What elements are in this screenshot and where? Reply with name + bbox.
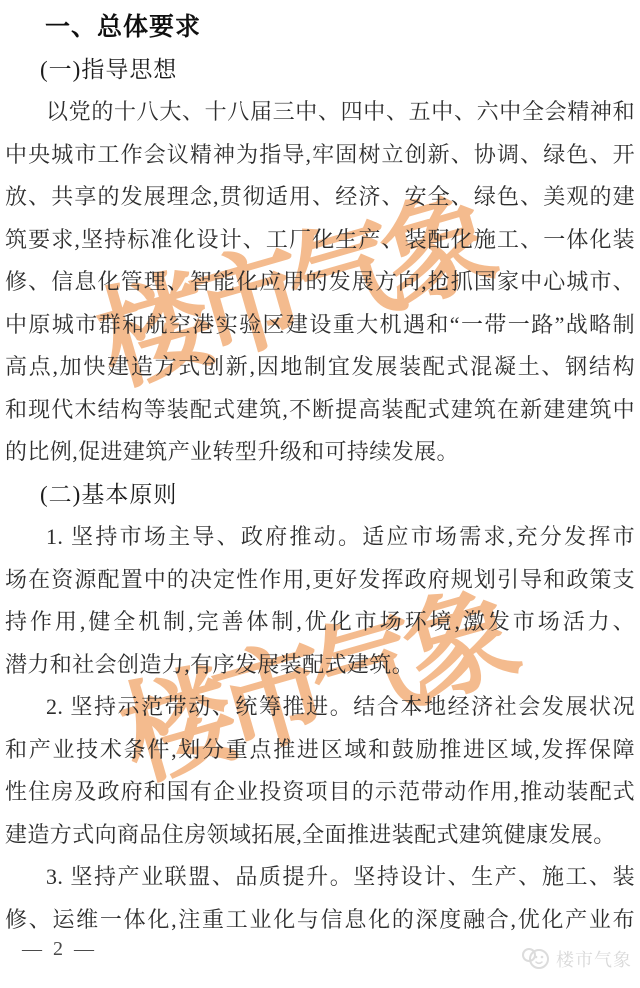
footer-brand: 楼市气象 bbox=[520, 946, 632, 972]
cloud-face-icon bbox=[520, 946, 552, 972]
paragraph-line: 1. 坚持市场主导、政府推动。适应市场需求,充分发挥市 bbox=[0, 516, 640, 559]
paragraph-line: 潜力和社会创造力,有序发展装配式建筑。 bbox=[0, 644, 640, 687]
paragraph-line: 以党的十八大、十八届三中、四中、五中、六中全会精神和 bbox=[0, 91, 640, 134]
document-content: 一、总体要求 (一)指导思想 以党的十八大、十八届三中、四中、五中、六中全会精神… bbox=[0, 0, 640, 941]
paragraph-line: 高点,加快建造方式创新,因地制宜发展装配式混凝土、钢结构 bbox=[0, 346, 640, 389]
document-page: 楼市气象 楼市气象 一、总体要求 (一)指导思想 以党的十八大、十八届三中、四中… bbox=[0, 0, 640, 988]
paragraph-line: 场在资源配置中的决定性作用,更好发挥政府规划引导和政策支 bbox=[0, 559, 640, 602]
subsection-heading-1: (一)指导思想 bbox=[0, 49, 640, 92]
paragraph-line: 中原城市群和航空港实验区建设重大机遇和“一带一路”战略制 bbox=[0, 304, 640, 347]
subsection-heading-2: (二)基本原则 bbox=[0, 474, 640, 517]
paragraph-line: 2. 坚持示范带动、统筹推进。结合本地经济社会发展状况 bbox=[0, 686, 640, 729]
section-heading: 一、总体要求 bbox=[0, 6, 640, 49]
paragraph-line: 建造方式向商品住房领域拓展,全面推进装配式建筑健康发展。 bbox=[0, 814, 640, 857]
footer-brand-text: 楼市气象 bbox=[556, 946, 632, 972]
paragraph-line: 3. 坚持产业联盟、品质提升。坚持设计、生产、施工、装 bbox=[0, 856, 640, 899]
paragraph-line: 筑要求,坚持标准化设计、工厂化生产、装配化施工、一体化装 bbox=[0, 219, 640, 262]
paragraph-line: 修、运维一体化,注重工业化与信息化的深度融合,优化产业布 bbox=[0, 899, 640, 942]
paragraph-line: 性住房及政府和国有企业投资项目的示范带动作用,推动装配式 bbox=[0, 771, 640, 814]
paragraph-line: 和产业技术条件,划分重点推进区域和鼓励推进区域,发挥保障 bbox=[0, 729, 640, 772]
paragraph-line: 持作用,健全机制,完善体制,优化市场环境,激发市场活力、 bbox=[0, 601, 640, 644]
paragraph-line: 放、共享的发展理念,贯彻适用、经济、安全、绿色、美观的建 bbox=[0, 176, 640, 219]
page-number: — 2 — bbox=[22, 938, 97, 961]
paragraph-line: 中央城市工作会议精神为指导,牢固树立创新、协调、绿色、开 bbox=[0, 134, 640, 177]
paragraph-line: 修、信息化管理、智能化应用的发展方向,抢抓国家中心城市、 bbox=[0, 261, 640, 304]
paragraph-line: 的比例,促进建筑产业转型升级和可持续发展。 bbox=[0, 431, 640, 474]
paragraph-line: 和现代木结构等装配式建筑,不断提高装配式建筑在新建建筑中 bbox=[0, 389, 640, 432]
